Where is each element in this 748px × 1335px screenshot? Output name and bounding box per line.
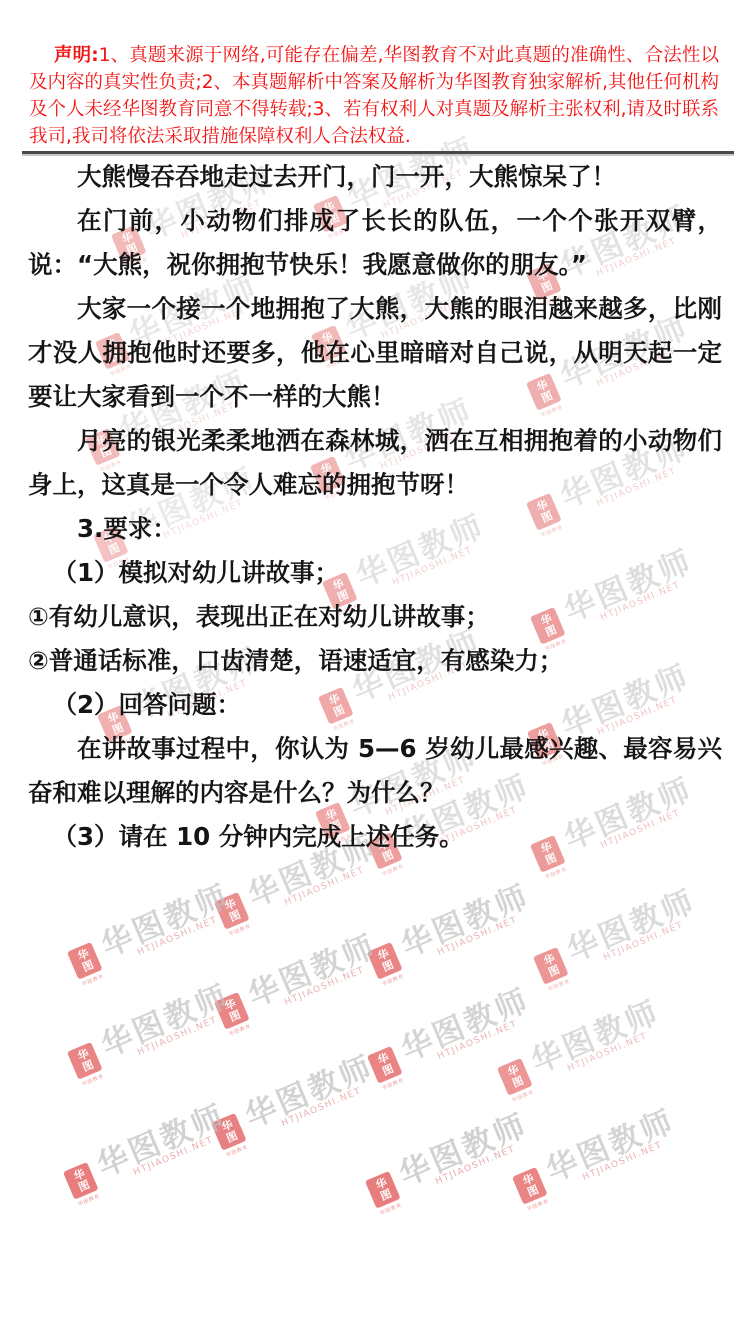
story-paragraph: （1）模拟对幼儿讲故事； bbox=[28, 551, 722, 595]
huatu-seal-icon: 华图 bbox=[63, 1162, 99, 1200]
story-paragraph: 月亮的银光柔柔地洒在森林城，洒在互相拥抱着的小动物们身上，这真是一个令人难忘的拥… bbox=[28, 419, 722, 507]
seal-caption: 华图教育 bbox=[381, 972, 405, 988]
watermark-site-text: HTJIAOSHI.NET bbox=[434, 1136, 535, 1187]
watermark-site-text: HTJIAOSHI.NET bbox=[436, 907, 537, 958]
seal-caption: 华图教育 bbox=[547, 977, 571, 993]
seal-caption: 华图教育 bbox=[511, 1088, 535, 1104]
disclaimer: 声明:1、真题来源于网络,可能存在偏差,华图教育不对此真题的准确性、合法性以及内… bbox=[29, 42, 719, 150]
watermark-brand-text: 华图教师 bbox=[93, 971, 236, 1066]
watermark-brand-text: 华图教师 bbox=[93, 871, 236, 966]
watermark-stamp: 华图华图教育华图教师HTJIAOSHI.NET bbox=[64, 885, 240, 991]
seal-caption: 华图教育 bbox=[381, 862, 405, 878]
seal-caption: 华图教育 bbox=[381, 1076, 405, 1092]
seal-caption: 华图教育 bbox=[228, 1022, 252, 1038]
story-paragraph: ②普通话标准，口齿清楚，语速适宜，有感染力； bbox=[28, 639, 722, 683]
watermark-stamp: 华图华图教育华图教师HTJIAOSHI.NET bbox=[364, 989, 540, 1095]
huatu-seal-icon: 华图 bbox=[367, 1046, 403, 1084]
document-page: 华图华图教育华图教师HTJIAOSHI.NET华图华图教育华图教师HTJIAOS… bbox=[0, 0, 748, 1335]
story-body: 大熊慢吞吞地走过去开门，门一开，大熊惊呆了！在门前，小动物们排成了长长的队伍，一… bbox=[28, 155, 722, 859]
huatu-seal-icon: 华图 bbox=[211, 1113, 247, 1151]
huatu-seal-icon: 华图 bbox=[367, 942, 403, 980]
seal-caption: 华图教育 bbox=[544, 865, 568, 881]
watermark-site-text: HTJIAOSHI.NET bbox=[136, 1007, 237, 1058]
watermark-site-text: HTJIAOSHI.NET bbox=[132, 1127, 233, 1178]
watermark-stamp: 华图华图教育华图教师HTJIAOSHI.NET bbox=[64, 985, 240, 1091]
watermark-stamp: 华图华图教育华图教师HTJIAOSHI.NET bbox=[211, 935, 387, 1041]
seal-caption: 华图教育 bbox=[228, 922, 252, 938]
watermark-brand-text: 华图教师 bbox=[89, 1091, 232, 1186]
story-paragraph: ①有幼儿意识，表现出正在对幼儿讲故事； bbox=[28, 595, 722, 639]
watermark-stamp: 华图华图教育华图教师HTJIAOSHI.NET bbox=[60, 1105, 236, 1211]
watermark-site-text: HTJIAOSHI.NET bbox=[283, 957, 384, 1008]
huatu-seal-icon: 华图 bbox=[214, 992, 250, 1030]
seal-caption: 华图教育 bbox=[81, 1072, 105, 1088]
seal-caption: 华图教育 bbox=[77, 1192, 101, 1208]
watermark-site-text: HTJIAOSHI.NET bbox=[436, 1011, 537, 1062]
watermark-site-text: HTJIAOSHI.NET bbox=[283, 857, 384, 908]
watermark-site-text: HTJIAOSHI.NET bbox=[136, 907, 237, 958]
disclaimer-text: 1、真题来源于网络,可能存在偏差,华图教育不对此真题的准确性、合法性以及内容的真… bbox=[29, 45, 719, 147]
seal-caption: 华图教育 bbox=[379, 1201, 403, 1217]
huatu-seal-icon: 华图 bbox=[512, 1167, 548, 1205]
story-paragraph: 3.要求： bbox=[28, 507, 722, 551]
huatu-seal-icon: 华图 bbox=[533, 947, 569, 985]
watermark-stamp: 华图华图教育华图教师HTJIAOSHI.NET bbox=[362, 1114, 538, 1220]
seal-caption: 华图教育 bbox=[526, 1197, 550, 1213]
watermark-site-text: HTJIAOSHI.NET bbox=[566, 1023, 667, 1074]
story-paragraph: 在讲故事过程中，你认为 5—6 岁幼儿最感兴趣、最容易兴奋和难以理解的内容是什么… bbox=[28, 727, 722, 815]
watermark-site-text: HTJIAOSHI.NET bbox=[280, 1078, 381, 1129]
disclaimer-label: 声明: bbox=[54, 45, 99, 66]
seal-caption: 华图教育 bbox=[225, 1143, 249, 1159]
watermark-brand-text: 华图教师 bbox=[393, 975, 536, 1070]
watermark-brand-text: 华图教师 bbox=[393, 871, 536, 966]
seal-caption: 华图教育 bbox=[81, 972, 105, 988]
huatu-seal-icon: 华图 bbox=[497, 1058, 533, 1096]
story-paragraph: （2）回答问题： bbox=[28, 683, 722, 727]
watermark-brand-text: 华图教师 bbox=[237, 1042, 380, 1137]
watermark-stamp: 华图华图教育华图教师HTJIAOSHI.NET bbox=[364, 885, 540, 991]
watermark-site-text: HTJIAOSHI.NET bbox=[602, 912, 703, 963]
story-paragraph: 在门前，小动物们排成了长长的队伍，一个个张开双臂，说：“大熊，祝你拥抱节快乐！我… bbox=[28, 199, 722, 287]
huatu-seal-icon: 华图 bbox=[214, 892, 250, 930]
huatu-seal-icon: 华图 bbox=[67, 942, 103, 980]
watermark-stamp: 华图华图教育华图教师HTJIAOSHI.NET bbox=[494, 1001, 670, 1107]
watermark-site-text: HTJIAOSHI.NET bbox=[581, 1132, 682, 1183]
watermark-brand-text: 华图教师 bbox=[523, 987, 666, 1082]
watermark-stamp: 华图华图教育华图教师HTJIAOSHI.NET bbox=[530, 890, 706, 996]
huatu-seal-icon: 华图 bbox=[67, 1042, 103, 1080]
story-paragraph: 大家一个接一个地拥抱了大熊，大熊的眼泪越来越多，比刚才没人拥抱他时还要多，他在心… bbox=[28, 287, 722, 419]
watermark-brand-text: 华图教师 bbox=[559, 876, 702, 971]
watermark-stamp: 华图华图教育华图教师HTJIAOSHI.NET bbox=[208, 1056, 384, 1162]
watermark-brand-text: 华图教师 bbox=[391, 1100, 534, 1195]
watermark-brand-text: 华图教师 bbox=[240, 921, 383, 1016]
story-paragraph: 大熊慢吞吞地走过去开门，门一开，大熊惊呆了！ bbox=[28, 155, 722, 199]
huatu-seal-icon: 华图 bbox=[365, 1171, 401, 1209]
story-paragraph: （3）请在 10 分钟内完成上述任务。 bbox=[28, 815, 722, 859]
watermark-brand-text: 华图教师 bbox=[538, 1096, 681, 1191]
watermark-stamp: 华图华图教育华图教师HTJIAOSHI.NET bbox=[509, 1110, 685, 1216]
